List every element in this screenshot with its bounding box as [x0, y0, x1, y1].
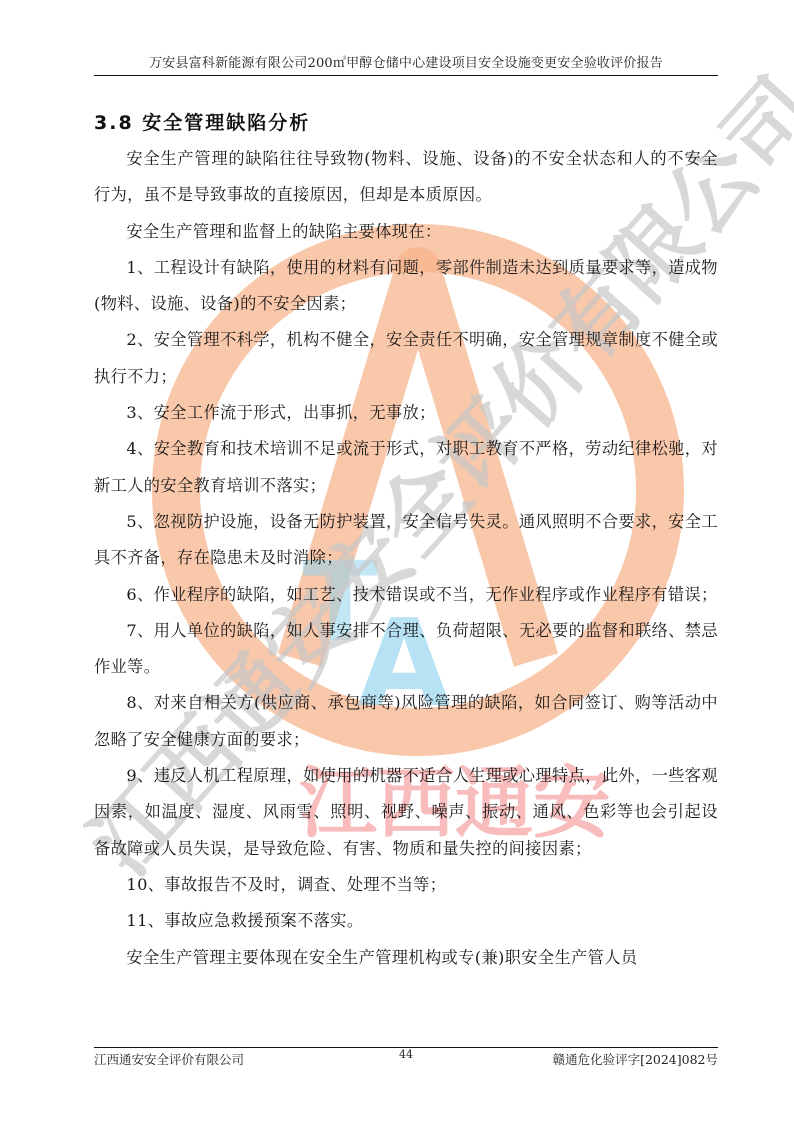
page-header: 万安县富科新能源有限公司200㎥甲醇仓储中心建设项目安全设施变更安全验收评价报告 [94, 52, 718, 71]
paragraph: 安全生产管理的缺陷往往导致物(物料、设施、设备)的不安全状态和人的不安全行为，虽… [94, 141, 718, 214]
list-item: 7、用人单位的缺陷，如人事安排不合理、负荷超限、无必要的监督和联络、禁忌作业等。 [94, 613, 718, 686]
list-item: 5、忽视防护设施，设备无防护装置，安全信号失灵。通风照明不合要求，安全工具不齐备… [94, 504, 718, 577]
list-item: 4、安全教育和技术培训不足或流于形式，对职工教育不严格，劳动纪律松驰，对新工人的… [94, 431, 718, 504]
paragraph: 安全生产管理和监督上的缺陷主要体现在： [94, 214, 718, 250]
list-item: 10、事故报告不及时，调查、处理不当等； [94, 867, 718, 903]
report-number: 赣通危化验评字[2024]082号 [553, 1050, 718, 1068]
header-divider [94, 75, 718, 76]
list-item: 6、作业程序的缺陷，如工艺、技术错误或不当，无作业程序或作业程序有错误； [94, 577, 718, 613]
section-title: 3.8 安全管理缺陷分析 [94, 108, 310, 135]
list-item: 2、安全管理不科学，机构不健全，安全责任不明确，安全管理规章制度不健全或执行不力… [94, 322, 718, 395]
body-text: 安全生产管理的缺陷往往导致物(物料、设施、设备)的不安全状态和人的不安全行为，虽… [94, 141, 718, 976]
list-item: 1、工程设计有缺陷，使用的材料有问题，零部件制造未达到质量要求等，造成物(物料、… [94, 250, 718, 323]
list-item: 9、违反人机工程原理，如使用的机器不适合人生理或心理特点，此外，一些客观因素，如… [94, 758, 718, 867]
paragraph: 安全生产管理主要体现在安全生产管理机构或专(兼)职安全生产管人员 [94, 940, 718, 976]
list-item: 3、安全工作流于形式，出事抓，无事放； [94, 395, 718, 431]
list-item: 11、事故应急救援预案不落实。 [94, 903, 718, 939]
list-item: 8、对来自相关方(供应商、承包商等)风险管理的缺陷，如合同签订、购等活动中忽略了… [94, 685, 718, 758]
